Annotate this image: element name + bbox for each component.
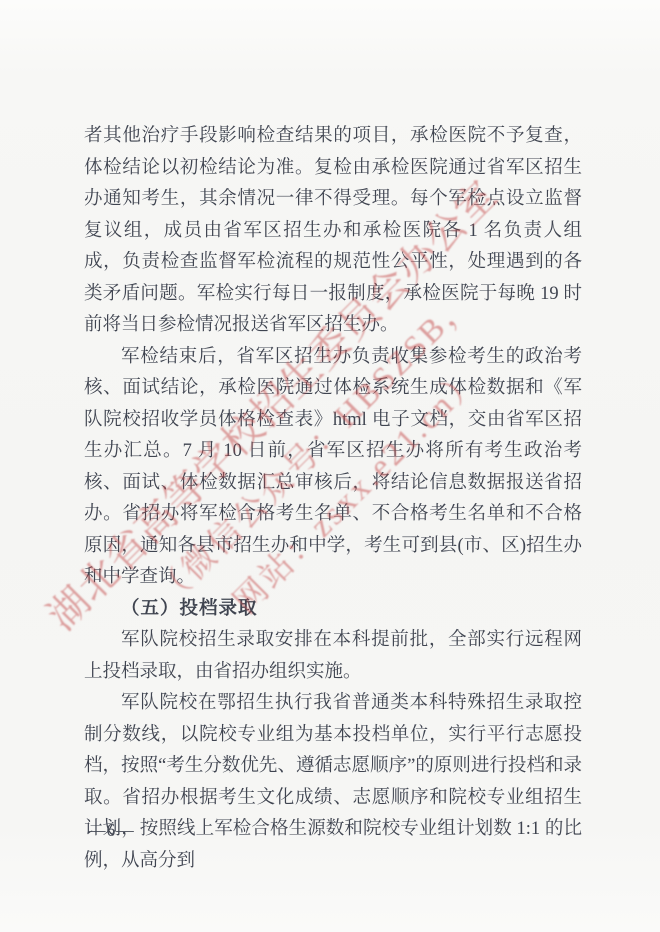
body-paragraph: 军检结束后，省军区招生办负责收集参检考生的政治考核、面试结论，承检医院通过体检系… [84,342,582,594]
body-paragraph: 者其他治疗手段影响检查结果的项目，承检医院不予复查，体检结论以初检结论为准。复检… [84,121,582,342]
section-heading: （五）投档录取 [84,594,582,626]
body-paragraph: 军队院校在鄂招生执行我省普通类本科特殊招生录取控制分数线，以院校专业组为基本投档… [84,688,582,877]
document-body: 者其他治疗手段影响检查结果的项目，承检医院不予复查，体检结论以初检结论为准。复检… [84,121,582,877]
body-paragraph: 军队院校招生录取安排在本科提前批，全部实行远程网上投档录取，由省招办组织实施。 [84,625,582,688]
page-number: —6— [88,820,135,841]
document-page: 者其他治疗手段影响检查结果的项目，承检医院不予复查，体检结论以初检结论为准。复检… [0,0,660,932]
